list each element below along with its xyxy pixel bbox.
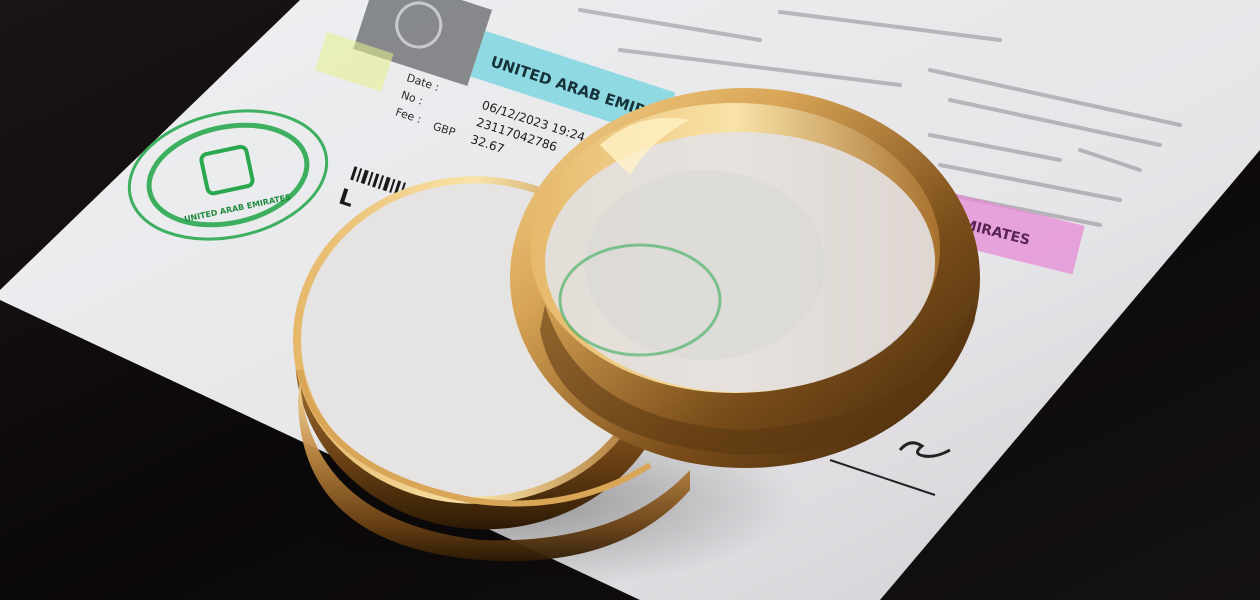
ring-right — [510, 88, 980, 468]
photo-scene: UNITED ARAB EMIRATES Date : 06/12/2023 1… — [0, 0, 1260, 600]
